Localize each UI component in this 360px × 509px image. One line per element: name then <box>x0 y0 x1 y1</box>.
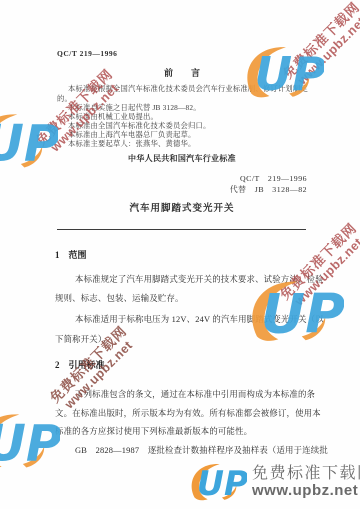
body-line: 本标准适用于标称电压为 12V、24V 的汽车用脚踏式变光开关（以 <box>75 313 324 325</box>
section-1-heading: 1 范围 <box>55 248 87 261</box>
replaces-code: 代替 JB 3128—82 <box>57 184 307 195</box>
industry-standard-banner: 中华人民共和国汽车行业标准 <box>57 153 307 164</box>
document-title: 汽车用脚踏式变光开关 <box>57 200 307 214</box>
body-line: 文。在标准出版时，所示版本均为有效。所有标准都会被修订，使用本 <box>55 407 321 419</box>
body-line: 规则、标志、包装、运输及贮存。 <box>55 292 184 304</box>
header-standard-code: QC/T 219—1996 <box>57 49 117 58</box>
footer-site-logo: 免费标准下载网 www.upbz.net <box>185 458 360 506</box>
section-2-heading: 2 引用标准 <box>55 358 105 371</box>
body-line: GB 2828—1987 逐批检查计数抽样程序及抽样表（适用于连续批 <box>75 444 328 456</box>
body-line: 标准的各方应探讨使用下列标准最新版本的可能性。 <box>55 425 252 437</box>
standard-code: QC/T 219—1996 <box>57 173 307 184</box>
body-line: 本标准规定了汽车用脚踏式变光开关的技术要求、试验方法、检验 <box>75 273 324 285</box>
foreword-title: 前 言 <box>57 66 307 79</box>
foreword-line: 本标准是根据全国汽车标准化技术委员会汽车行业标准制、修订计划制定 <box>68 84 308 94</box>
document-content: QC/T 219—1996 前 言 本标准是根据全国汽车标准化技术委员会汽车行业… <box>0 0 360 509</box>
document-page: 免费标准下载网 www.upbz.net 免费标准下载网 www.upbz.ne… <box>0 0 360 509</box>
up-logo-icon <box>185 458 247 506</box>
footer-site-url: www.upbz.net <box>252 483 360 500</box>
body-line: 下简称开关）。 <box>55 333 111 345</box>
foreword-line: 本标准主要起草人：张燕华、黄德华。 <box>68 139 195 149</box>
footer-site-name: 免费标准下载网 <box>252 465 360 483</box>
body-line: 下列标准包含的条文，通过在本标准中引用而构成为本标准的条 <box>75 388 315 400</box>
title-divider <box>57 229 306 230</box>
